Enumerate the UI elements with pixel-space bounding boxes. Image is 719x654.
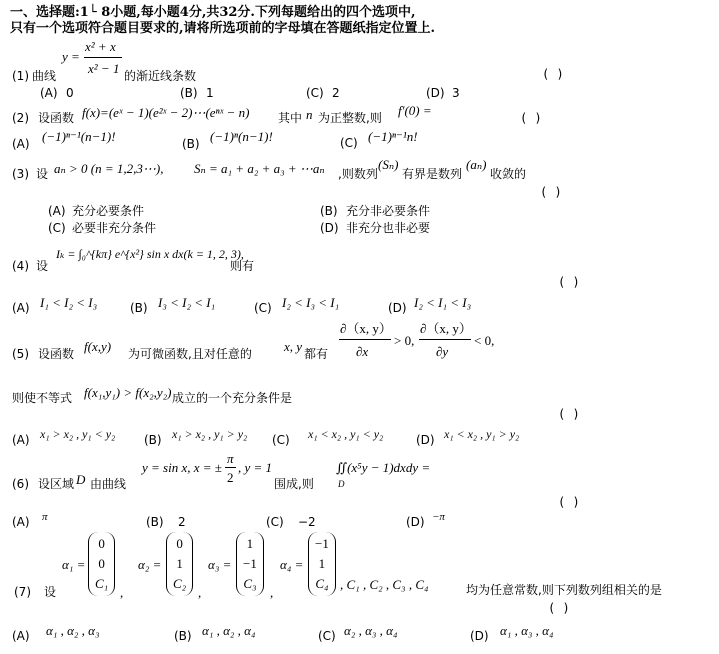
option-c-text: 必要非充分条件 <box>72 222 156 234</box>
option-a-label[interactable]: (A) <box>12 434 30 446</box>
matrix-entry: C₂ <box>173 574 186 594</box>
option-c-label[interactable]: (C) <box>318 630 336 642</box>
question-number: (1) <box>12 70 29 82</box>
formula-lhs: y = <box>62 50 80 63</box>
option-a-text: (−1)ⁿ⁻¹(n−1)! <box>42 130 116 143</box>
separator: , <box>198 586 201 599</box>
question-text: 设函数 <box>38 348 74 360</box>
partial-x-denominator: ∂x <box>356 345 368 358</box>
vector-alpha2-name: α₂ = <box>138 558 161 571</box>
option-d-label[interactable]: (D) <box>320 222 339 234</box>
curve-part-a: y = sin x, x = ± <box>142 461 222 474</box>
condition: aₙ > 0 (n = 1,2,3⋯), <box>54 162 163 175</box>
option-d-label[interactable]: (D) <box>406 516 425 528</box>
option-b-label[interactable]: (B) <box>130 302 148 314</box>
option-a-label[interactable]: (A) <box>12 138 30 150</box>
option-a-text: 0 <box>66 87 74 99</box>
sequence-s: (Sₙ) <box>378 158 398 171</box>
option-b-text: 2 <box>178 516 186 528</box>
option-c-label[interactable]: (C) <box>266 516 284 528</box>
double-integral: ∬(x⁵y − 1)dxdy = <box>336 461 430 474</box>
integral-formula: Iₖ = ∫₀^{kπ} e^{x²} sin x dx(k = 1, 2, 3… <box>56 248 244 260</box>
matrix-entry: C₁ <box>95 574 108 594</box>
question-text: 则使不等式 <box>12 392 72 404</box>
fraction-bar <box>419 339 471 340</box>
variables: x, y <box>284 340 302 353</box>
vector-alpha2-matrix: 0 1 C₂ <box>166 532 193 596</box>
curve-fraction-denominator: 2 <box>227 471 234 484</box>
separator: , <box>270 586 273 599</box>
section-header-line1: 一、选择题:1└ 8小题,每小题4分,共32分.下列每题给出的四个选项中, <box>10 6 415 19</box>
answer-blank[interactable]: ( ) <box>520 112 542 124</box>
option-a-text: I₁ < I₂ < I₃ <box>40 296 97 309</box>
fraction-bar <box>84 57 122 58</box>
option-d-label[interactable]: (D) <box>416 434 435 446</box>
option-c-text: α₂ , α₃ , α₄ <box>344 624 398 637</box>
partial-x-numerator: ∂（x, y） <box>340 322 392 335</box>
option-c-text: I₂ < I₃ < I₁ <box>282 296 339 309</box>
option-b-text: (−1)ⁿ(n−1)! <box>210 130 273 143</box>
question-number: (7) <box>14 586 31 598</box>
curve-fraction-numerator: π <box>227 452 234 465</box>
question-text: 收敛的 <box>490 168 526 180</box>
answer-blank[interactable]: ( ) <box>558 276 580 288</box>
question-text: 为可微函数,且对任意的 <box>128 348 252 360</box>
matrix-entry: C₃ <box>243 574 257 594</box>
question-number: (5) <box>12 348 29 360</box>
sequence-a: (aₙ) <box>466 158 486 171</box>
vector-alpha3-name: α₃ = <box>208 558 231 571</box>
option-a-label[interactable]: (A) <box>12 630 30 642</box>
question-number: (4) <box>12 260 29 272</box>
question-text: 有界是数列 <box>402 168 462 180</box>
answer-blank[interactable]: ( ) <box>548 602 570 614</box>
answer-blank[interactable]: ( ) <box>558 408 580 420</box>
option-b-label[interactable]: (B) <box>174 630 192 642</box>
option-a-label[interactable]: (A) <box>12 516 30 528</box>
answer-blank[interactable]: ( ) <box>558 496 580 508</box>
matrix-entry: −1 <box>243 554 257 574</box>
fraction-bar <box>339 339 391 340</box>
option-b-text: 1 <box>206 87 214 99</box>
question-number: (2) <box>12 112 29 124</box>
region-d: D <box>76 473 85 486</box>
option-c-label[interactable]: (C) <box>272 434 290 446</box>
option-d-text: x₁ < x₂ , y₁ > y₂ <box>444 428 519 440</box>
integral-region-subscript: D <box>338 480 345 489</box>
matrix-entry: 1 <box>315 554 329 574</box>
question-number: (3) <box>12 168 29 180</box>
option-d-text: I₂ < I₁ < I₃ <box>414 296 471 309</box>
partial-sum: Sₙ = a₁ + a₂ + a₃ + ⋯aₙ <box>194 162 325 175</box>
matrix-entry: 1 <box>173 554 186 574</box>
option-b-text: I₃ < I₂ < I₁ <box>158 296 215 309</box>
option-b-text: 充分非必要条件 <box>346 205 430 217</box>
vector-alpha1-matrix: 0 0 C₁ <box>88 532 115 596</box>
question-text: 由曲线 <box>90 478 126 490</box>
question-text: 设 <box>36 168 48 180</box>
option-a-text: 充分必要条件 <box>72 205 144 217</box>
partial-y-numerator: ∂（x, y） <box>420 322 472 335</box>
vector-alpha1-name: α₁ = <box>62 558 85 571</box>
constants-list: C₁ , C₂ , C₃ , C₄ <box>347 577 429 592</box>
partial-y-denominator: ∂y <box>436 345 448 358</box>
question-text: 曲线 <box>32 70 56 82</box>
relation-lt: < 0, <box>474 334 494 347</box>
question-text: 均为任意常数,则下列数列组相关的是 <box>466 584 662 596</box>
option-c-text: x₁ < x₂ , y₁ < y₂ <box>308 428 383 440</box>
vector-alpha3-matrix: 1 −1 C₃ <box>236 532 264 596</box>
option-d-label[interactable]: (D) <box>426 87 445 99</box>
option-d-label[interactable]: (D) <box>388 302 407 314</box>
question-text: 设 <box>44 586 56 598</box>
question-number: (6) <box>12 478 29 490</box>
answer-blank[interactable]: ( ) <box>542 68 564 80</box>
answer-blank[interactable]: ( ) <box>540 186 562 198</box>
option-c-text: (−1)ⁿ⁻¹n! <box>368 130 418 143</box>
option-c-label[interactable]: (C) <box>254 302 272 314</box>
question-text: 围成,则 <box>274 478 314 490</box>
formula-denominator: x² − 1 <box>88 62 119 75</box>
option-b-text: α₁ , α₂ , α₄ <box>202 624 256 637</box>
variable-n: n <box>306 108 313 121</box>
option-a-label[interactable]: (A) <box>48 205 66 217</box>
option-c-label[interactable]: (C) <box>340 137 358 149</box>
formula: f(x)=(eˣ − 1)(e²ˣ − 2)⋯(eⁿˣ − n) <box>82 106 249 119</box>
matrix-entry: 0 <box>173 534 186 554</box>
question-text: 其中 <box>278 112 302 124</box>
question-text: 为正整数,则 <box>318 112 382 124</box>
question-text: 都有 <box>304 348 328 360</box>
option-a-label[interactable]: (A) <box>12 302 30 314</box>
question-text: 设区域 <box>38 478 74 490</box>
matrix-entry: 1 <box>243 534 257 554</box>
matrix-entry: 0 <box>95 534 108 554</box>
option-b-label[interactable]: (B) <box>182 138 200 150</box>
matrix-entry: C₄ <box>315 574 329 594</box>
option-c-text: −2 <box>298 516 316 528</box>
fraction-bar <box>225 467 236 468</box>
option-a-text: α₁ , α₂ , α₃ <box>46 624 100 637</box>
option-b-text: x₁ > x₂ , y₁ > y₂ <box>172 428 247 440</box>
option-d-text: 3 <box>452 87 460 99</box>
question-text: 成立的一个充分条件是 <box>172 392 292 404</box>
option-b-label[interactable]: (B) <box>144 434 162 446</box>
target-expression: f′(0) = <box>398 104 432 117</box>
formula-numerator: x² + x <box>85 40 116 53</box>
option-d-text: α₁ , α₃ , α₄ <box>500 624 554 637</box>
option-c-label[interactable]: (C) <box>306 87 324 99</box>
curve-part-b: , y = 1 <box>238 461 272 474</box>
option-c-label[interactable]: (C) <box>48 222 66 234</box>
function: f(x,y) <box>84 340 111 353</box>
question-text: 的渐近线条数 <box>124 70 196 82</box>
option-d-text: 非充分也非必要 <box>346 222 430 234</box>
option-a-text: π <box>42 512 48 523</box>
arbitrary-constants: , C₁ , C₂ , C₃ , C₄ <box>340 578 429 591</box>
option-d-text: −π <box>432 512 445 523</box>
option-b-label[interactable]: (B) <box>180 87 198 99</box>
question-text: ,则数列 <box>338 168 378 180</box>
matrix-entry: 0 <box>95 554 108 574</box>
inequality: f(x₁,y₁) > f(x₂,y₂) <box>84 386 171 399</box>
option-a-label[interactable]: (A) <box>40 87 58 99</box>
option-b-label[interactable]: (B) <box>146 516 164 528</box>
option-b-label[interactable]: (B) <box>320 205 338 217</box>
relation-gt: > 0, <box>394 334 414 347</box>
option-a-text: x₁ > x₂ , y₁ < y₂ <box>40 428 115 440</box>
question-text: 则有 <box>230 260 254 272</box>
separator: , <box>120 586 123 599</box>
vector-alpha4-matrix: −1 1 C₄ <box>308 532 336 596</box>
question-text: 设函数 <box>38 112 74 124</box>
option-d-label[interactable]: (D) <box>470 630 489 642</box>
vector-alpha4-name: α₄ = <box>280 558 303 571</box>
question-text: 设 <box>36 260 48 272</box>
matrix-entry: −1 <box>315 534 329 554</box>
option-c-text: 2 <box>332 87 340 99</box>
section-header-line2: 只有一个选项符合题目要求的,请将所选项前的字母填在答题纸指定位置上. <box>10 22 435 35</box>
